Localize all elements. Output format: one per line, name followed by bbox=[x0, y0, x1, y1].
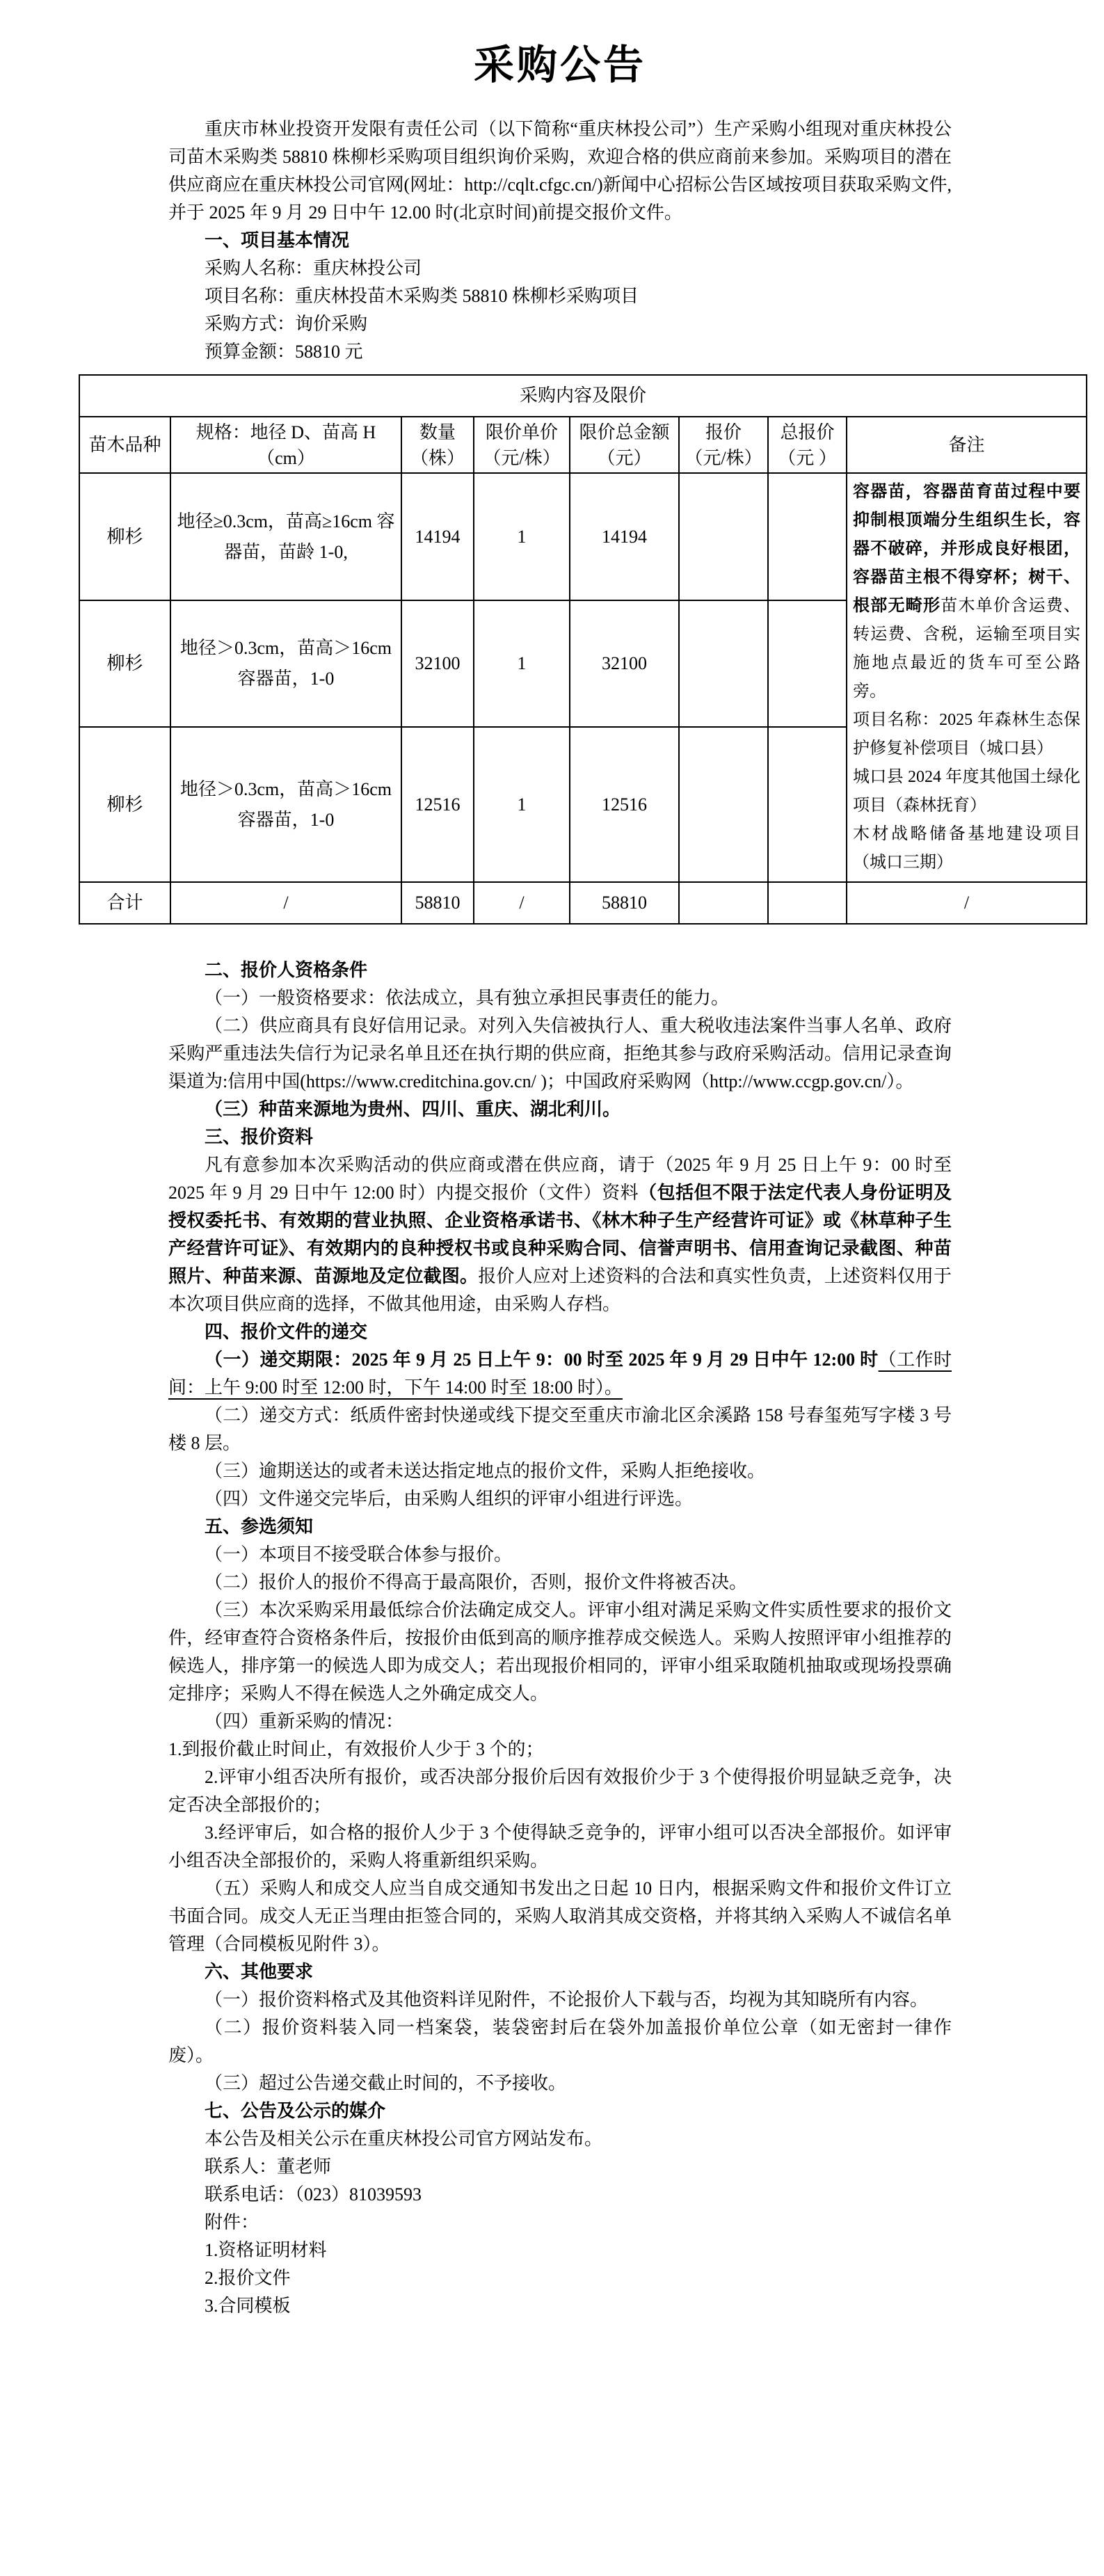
total-total-quote bbox=[768, 882, 847, 924]
section4-item4: （四）文件递交完毕后，由采购人组织的评审小组进行评选。 bbox=[168, 1485, 952, 1513]
column-header-text: 限价总金额 bbox=[573, 419, 675, 445]
column-header-qty: 数量（株） bbox=[401, 417, 474, 473]
section5-item5: （五）采购人和成交人应当自成交通知书发出之日起 10 日内，根据采购文件和报价文… bbox=[168, 1875, 952, 1958]
section3-heading: 三、报价资料 bbox=[168, 1123, 952, 1151]
section2-item1: （一）一般资格要求：依法成立，具有独立承担民事责任的能力。 bbox=[168, 984, 952, 1012]
column-header-species: 苗木品种 bbox=[79, 417, 170, 473]
column-header-text: 报价 bbox=[682, 419, 765, 445]
section4-heading: 四、报价文件的递交 bbox=[168, 1318, 952, 1346]
column-header-unit: （元 ） bbox=[771, 445, 843, 471]
budget-line: 预算金额：58810 元 bbox=[168, 338, 952, 366]
page-title: 采购公告 bbox=[168, 40, 952, 90]
body-text-block: 二、报价人资格条件 （一）一般资格要求：依法成立，具有独立承担民事责任的能力。 … bbox=[168, 957, 952, 2320]
table-span-header: 采购内容及限价 bbox=[79, 375, 1087, 417]
cell-total-quote bbox=[768, 473, 847, 600]
section5-item1: （一）本项目不接受联合体参与报价。 bbox=[168, 1541, 952, 1569]
section5-sub3: 3.经评审后，如合格的报价人少于 3 个使得缺乏竞争的，评审小组可以否决全部报价… bbox=[168, 1819, 952, 1875]
cell-quote bbox=[679, 600, 768, 727]
contact-phone-line: 联系电话：（023）81039593 bbox=[168, 2181, 952, 2209]
cell-total-quote bbox=[768, 727, 847, 882]
cell-unit-cap: 1 bbox=[474, 600, 570, 727]
section5-item4: （四）重新采购的情况： bbox=[168, 1708, 952, 1736]
contact-person-line: 联系人：董老师 bbox=[168, 2153, 952, 2181]
remark-main-paragraph: 容器苗，容器苗育苗过程中要抑制根顶端分生组织生长，容器不破碎，并形成良好根团，容… bbox=[853, 478, 1080, 706]
section6-item3: （三）超过公告递交截止时间的，不予接收。 bbox=[168, 2070, 952, 2097]
section5-item2: （二）报价人的报价不得高于最高限价，否则，报价文件将被否决。 bbox=[168, 1569, 952, 1597]
column-header-text: 数量 bbox=[405, 419, 470, 445]
section2-item3: （三）种苗来源地为贵州、四川、重庆、湖北利川。 bbox=[168, 1096, 952, 1123]
section3-paragraph: 凡有意参加本次采购活动的供应商或潜在供应商，请于（2025 年 9 月 25 日… bbox=[168, 1151, 952, 1318]
deadline-bold-text: （一）递交期限：2025 年 9 月 25 日上午 9：00 时至 2025 年… bbox=[205, 1350, 879, 1370]
remark-project-2: 城口县 2024 年度其他国土绿化项目（森林抚育） bbox=[853, 763, 1080, 820]
cell-total-cap: 12516 bbox=[570, 727, 679, 882]
attachment-item-3: 3.合同模板 bbox=[168, 2292, 952, 2320]
cell-total-quote bbox=[768, 600, 847, 727]
column-header-total-cap: 限价总金额（元） bbox=[570, 417, 679, 473]
total-remark: / bbox=[847, 882, 1087, 924]
section6-item2: （二）报价资料装入同一档案袋，装袋密封后在袋外加盖报价单位公章（如无密封一律作废… bbox=[168, 2014, 952, 2070]
cell-species: 柳杉 bbox=[79, 727, 170, 882]
remark-cell: 容器苗，容器苗育苗过程中要抑制根顶端分生组织生长，容器不破碎，并形成良好根团，容… bbox=[847, 473, 1087, 882]
remark-bold-text: 容器苗，容器苗育苗过程中要抑制根顶端分生组织生长，容器不破碎，并形成良好根团，容… bbox=[853, 483, 1080, 615]
section4-item3: （三）逾期送达的或者未送达指定地点的报价文件，采购人拒绝接收。 bbox=[168, 1457, 952, 1485]
total-qty: 58810 bbox=[401, 882, 474, 924]
column-header-quote: 报价（元/株） bbox=[679, 417, 768, 473]
cell-total-cap: 32100 bbox=[570, 600, 679, 727]
section6-heading: 六、其他要求 bbox=[168, 1958, 952, 1986]
cell-quote bbox=[679, 727, 768, 882]
remark-project-1: 项目名称：2025 年森林生态保护修复补偿项目（城口县） bbox=[853, 706, 1080, 763]
attachment-item-1: 1.资格证明材料 bbox=[168, 2237, 952, 2264]
section5-sub1: 1.到报价截止时间止，有效报价人少于 3 个的； bbox=[168, 1736, 952, 1763]
procurement-table: 采购内容及限价 苗木品种 规格：地径 D、苗高 H（cm） 数量（株） 限价单价… bbox=[79, 374, 1087, 925]
section5-sub2: 2.评审小组否决所有报价，或否决部分报价后因有效报价少于 3 个使得报价明显缺乏… bbox=[168, 1763, 952, 1819]
section2-item2: （二）供应商具有良好信用记录。对列入失信被执行人、重大税收违法案件当事人名单、政… bbox=[168, 1012, 952, 1096]
section6-item1: （一）报价资料格式及其他资料详见附件，不论报价人下载与否，均视为其知晓所有内容。 bbox=[168, 1986, 952, 2014]
section7-heading: 七、公告及公示的媒介 bbox=[168, 2097, 952, 2125]
section5-heading: 五、参选须知 bbox=[168, 1513, 952, 1541]
intro-block: 重庆市林业投资开发限有责任公司（以下简称“重庆林投公司”）生产采购小组现对重庆林… bbox=[168, 115, 952, 366]
attachments-label: 附件： bbox=[168, 2209, 952, 2237]
total-quote bbox=[679, 882, 768, 924]
column-header-text: 总报价 bbox=[771, 419, 843, 445]
column-header-text: 苗木品种 bbox=[83, 432, 167, 458]
table-span-header-row: 采购内容及限价 bbox=[79, 375, 1087, 417]
section4-item2: （二）递交方式：纸质件密封快递或线下提交至重庆市渝北区余溪路 158 号春玺苑写… bbox=[168, 1402, 952, 1457]
purchase-method-line: 采购方式：询价采购 bbox=[168, 310, 952, 338]
column-header-spec: 规格：地径 D、苗高 H（cm） bbox=[170, 417, 401, 473]
project-name-line: 项目名称：重庆林投苗木采购类 58810 株柳杉采购项目 bbox=[168, 282, 952, 310]
column-header-remark: 备注 bbox=[847, 417, 1087, 473]
cell-qty: 14194 bbox=[401, 473, 474, 600]
column-header-unit: （株） bbox=[405, 445, 470, 471]
cell-spec: 地径＞0.3cm，苗高＞16cm 容器苗，1-0 bbox=[170, 727, 401, 882]
total-unit-cap: / bbox=[474, 882, 570, 924]
column-header-unit: （元/株） bbox=[477, 445, 566, 471]
publication-line: 本公告及相关公示在重庆林投公司官方网站发布。 bbox=[168, 2125, 952, 2153]
total-total-cap: 58810 bbox=[570, 882, 679, 924]
section1-heading: 一、项目基本情况 bbox=[168, 227, 952, 255]
section4-item1: （一）递交期限：2025 年 9 月 25 日上午 9：00 时至 2025 年… bbox=[168, 1346, 952, 1402]
column-header-text: 备注 bbox=[850, 432, 1083, 458]
cell-quote bbox=[679, 473, 768, 600]
column-header-text: 规格：地径 D、苗高 H（cm） bbox=[174, 419, 398, 471]
cell-spec: 地径＞0.3cm，苗高＞16cm 容器苗，1-0 bbox=[170, 600, 401, 727]
total-spec: / bbox=[170, 882, 401, 924]
cell-qty: 32100 bbox=[401, 600, 474, 727]
cell-total-cap: 14194 bbox=[570, 473, 679, 600]
buyer-name-line: 采购人名称：重庆林投公司 bbox=[168, 255, 952, 282]
cell-species: 柳杉 bbox=[79, 600, 170, 727]
document-page: 采购公告 重庆市林业投资开发限有责任公司（以下简称“重庆林投公司”）生产采购小组… bbox=[0, 0, 1104, 2576]
cell-unit-cap: 1 bbox=[474, 473, 570, 600]
attachment-item-2: 2.报价文件 bbox=[168, 2264, 952, 2292]
remark-project-3: 木材战略储备基地建设项目（城口三期） bbox=[853, 820, 1080, 877]
column-header-unit: （元/株） bbox=[682, 445, 765, 471]
cell-species: 柳杉 bbox=[79, 473, 170, 600]
intro-paragraph: 重庆市林业投资开发限有责任公司（以下简称“重庆林投公司”）生产采购小组现对重庆林… bbox=[168, 115, 952, 227]
column-header-text: 限价单价 bbox=[477, 419, 566, 445]
table-row: 柳杉 地径≥0.3cm，苗高≥16cm 容器苗，苗龄 1-0, 14194 1 … bbox=[79, 473, 1087, 600]
section5-item3: （三）本次采购采用最低综合价法确定成交人。评审小组对满足采购文件实质性要求的报价… bbox=[168, 1597, 952, 1708]
table-total-row: 合计 / 58810 / 58810 / bbox=[79, 882, 1087, 924]
table-header-row: 苗木品种 规格：地径 D、苗高 H（cm） 数量（株） 限价单价（元/株） 限价… bbox=[79, 417, 1087, 473]
cell-qty: 12516 bbox=[401, 727, 474, 882]
section2-heading: 二、报价人资格条件 bbox=[168, 957, 952, 984]
column-header-total-quote: 总报价（元 ） bbox=[768, 417, 847, 473]
column-header-unit-cap: 限价单价（元/株） bbox=[474, 417, 570, 473]
cell-unit-cap: 1 bbox=[474, 727, 570, 882]
total-label: 合计 bbox=[79, 882, 170, 924]
column-header-unit: （元） bbox=[573, 445, 675, 471]
cell-spec: 地径≥0.3cm，苗高≥16cm 容器苗，苗龄 1-0, bbox=[170, 473, 401, 600]
